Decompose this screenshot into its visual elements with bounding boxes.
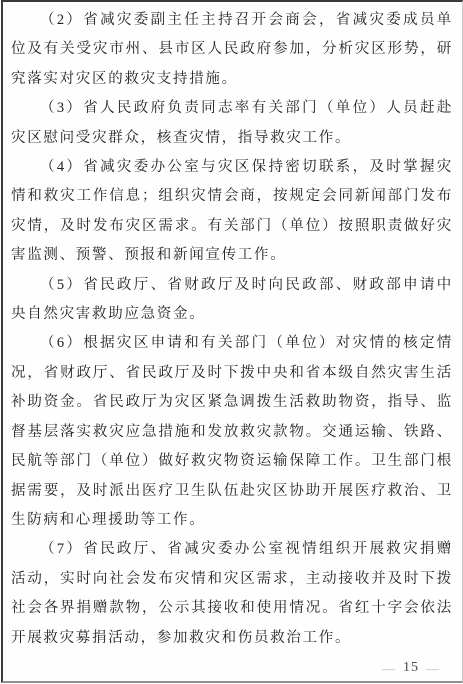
document-sheet: （2）省减灾委副主任主持召开会商会，省减灾委成员单位及有关受灾市州、县市区人民政…: [1, 0, 463, 683]
document-page: （2）省减灾委副主任主持召开会商会，省减灾委成员单位及有关受灾市州、县市区人民政…: [0, 0, 463, 684]
document-body: （2）省减灾委副主任主持召开会商会，省减灾委成员单位及有关受灾市州、县市区人民政…: [11, 6, 453, 653]
paragraph-item-2: （2）省减灾委副主任主持召开会商会，省减灾委成员单位及有关受灾市州、县市区人民政…: [11, 6, 453, 94]
paragraph-item-3: （3）省人民政府负责同志率有关部门（单位）人员赶赴灾区慰问受灾群众，核查灾情，指…: [11, 94, 453, 153]
paragraph-item-5: （5）省民政厅、省财政厅及时向民政部、财政部申请中央自然灾害救助应急资金。: [11, 271, 453, 330]
paragraph-item-6: （6）根据灾区申请和有关部门（单位）对灾情的核定情况，省财政厅、省民政厅及时下拨…: [11, 329, 453, 535]
page-number-value: 15: [403, 660, 419, 676]
paragraph-item-7: （7）省民政厅、省减灾委办公室视情组织开展救灾捐赠活动，实时向社会发布灾情和灾区…: [11, 535, 453, 653]
paragraph-item-4: （4）省减灾委办公室与灾区保持密切联系，及时掌握灾情和救灾工作信息；组织灾情会商…: [11, 153, 453, 271]
page-number-dash-right: —: [426, 662, 440, 675]
page-number: — 15 —: [382, 660, 440, 676]
page-number-dash-left: —: [382, 662, 396, 675]
